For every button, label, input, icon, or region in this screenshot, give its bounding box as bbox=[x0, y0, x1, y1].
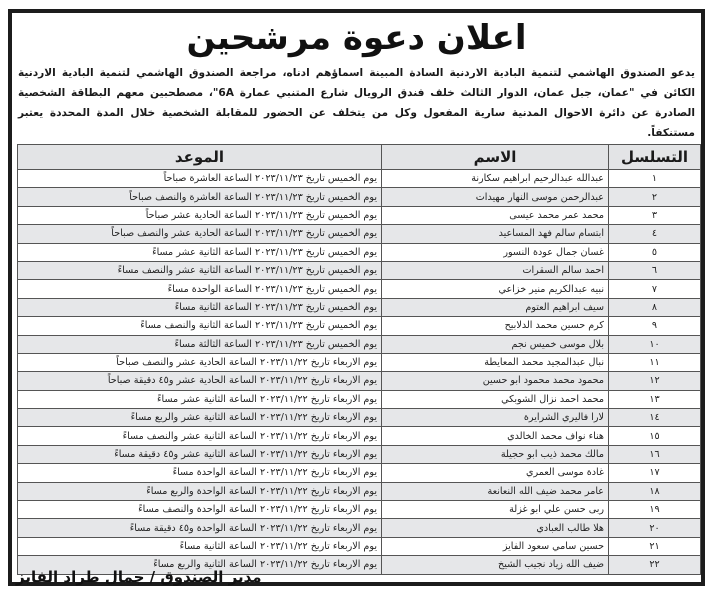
name-cell: احمد سالم السقرات bbox=[382, 261, 609, 279]
appointment-cell: يوم الاربعاء تاريخ ٢٠٢٣/١١/٢٢ الساعة الو… bbox=[18, 482, 382, 500]
name-cell: حسين سامي سعود الفايز bbox=[382, 537, 609, 555]
table-header-row: التسلسل الاسم الموعد bbox=[18, 145, 701, 170]
name-cell: عبدالرحمن موسى النهار مهيدات bbox=[382, 188, 609, 206]
table-row: ١عبدالله عبدالرحيم ابراهيم سكارنةيوم الخ… bbox=[18, 170, 701, 188]
table-row: ٤ابتسام سالم فهد المساعيديوم الخميس تاري… bbox=[18, 225, 701, 243]
table-row: ٥غسان جمال عودة النسوريوم الخميس تاريخ ٢… bbox=[18, 243, 701, 261]
serial-cell: ٦ bbox=[609, 261, 701, 279]
name-cell: ربى حسن علي ابو غزلة bbox=[382, 501, 609, 519]
name-cell: محمود محمد محمود ابو حسين bbox=[382, 372, 609, 390]
table-row: ٧نبيه عبدالكريم منير خزاعييوم الخميس تار… bbox=[18, 280, 701, 298]
name-cell: لارا فاليري الشرايرة bbox=[382, 409, 609, 427]
serial-cell: ١٧ bbox=[609, 464, 701, 482]
header-appointment: الموعد bbox=[18, 145, 382, 170]
name-cell: هلا طالب العبادي bbox=[382, 519, 609, 537]
appointment-cell: يوم الاربعاء تاريخ ٢٠٢٣/١١/٢٢ الساعة الح… bbox=[18, 353, 382, 371]
serial-cell: ٢٠ bbox=[609, 519, 701, 537]
serial-cell: ٩ bbox=[609, 317, 701, 335]
name-cell: محمد احمد نزال الشوبكي bbox=[382, 390, 609, 408]
table-row: ٨سيف ابراهيم العتوميوم الخميس تاريخ ٢٠٢٣… bbox=[18, 298, 701, 316]
intro-line: يدعو الصندوق الهاشمي لتنمية البادية الار… bbox=[18, 63, 695, 83]
name-cell: هناء نواف محمد الخالدي bbox=[382, 427, 609, 445]
appointment-cell: يوم الاربعاء تاريخ ٢٠٢٣/١١/٢٢ الساعة الث… bbox=[18, 537, 382, 555]
serial-cell: ٢١ bbox=[609, 537, 701, 555]
appointment-cell: يوم الخميس تاريخ ٢٠٢٣/١١/٢٣ الساعة الواح… bbox=[18, 280, 382, 298]
serial-cell: ١١ bbox=[609, 353, 701, 371]
name-cell: بلال موسى خميس نجم bbox=[382, 335, 609, 353]
signature: مدير الصندوق / جمال طراد الفايز bbox=[16, 567, 262, 587]
name-cell: نبيه عبدالكريم منير خزاعي bbox=[382, 280, 609, 298]
table-row: ١٦مالك محمد ذيب ابو حجيلةيوم الاربعاء تا… bbox=[18, 445, 701, 463]
serial-cell: ١٢ bbox=[609, 372, 701, 390]
appointment-cell: يوم الاربعاء تاريخ ٢٠٢٣/١١/٢٢ الساعة الو… bbox=[18, 519, 382, 537]
name-cell: ضيف الله زياد نجيب الشيخ bbox=[382, 556, 609, 574]
name-cell: عامر محمد ضيف الله النعانعة bbox=[382, 482, 609, 500]
name-cell: كرم حسين محمد الدلابيح bbox=[382, 317, 609, 335]
name-cell: مالك محمد ذيب ابو حجيلة bbox=[382, 445, 609, 463]
name-cell: نبال عبدالمجيد محمد المعايطة bbox=[382, 353, 609, 371]
table-row: ٢عبدالرحمن موسى النهار مهيداتيوم الخميس … bbox=[18, 188, 701, 206]
serial-cell: ٥ bbox=[609, 243, 701, 261]
serial-cell: ٣ bbox=[609, 206, 701, 224]
appointment-cell: يوم الخميس تاريخ ٢٠٢٣/١١/٢٣ الساعة الثال… bbox=[18, 335, 382, 353]
table-row: ١٨عامر محمد ضيف الله النعانعةيوم الاربعا… bbox=[18, 482, 701, 500]
candidates-table: التسلسل الاسم الموعد ١عبدالله عبدالرحيم … bbox=[17, 144, 701, 575]
intro-line: الكائن في "عمان، جبل عمان، الدوار الثالث… bbox=[18, 83, 695, 103]
name-cell: سيف ابراهيم العتوم bbox=[382, 298, 609, 316]
table-row: ٢٠هلا طالب العبادييوم الاربعاء تاريخ ٢٠٢… bbox=[18, 519, 701, 537]
table-row: ١٣محمد احمد نزال الشوبكييوم الاربعاء تار… bbox=[18, 390, 701, 408]
serial-cell: ٢ bbox=[609, 188, 701, 206]
appointment-cell: يوم الاربعاء تاريخ ٢٠٢٣/١١/٢٢ الساعة الح… bbox=[18, 372, 382, 390]
appointment-cell: يوم الخميس تاريخ ٢٠٢٣/١١/٢٣ الساعة العاش… bbox=[18, 188, 382, 206]
name-cell: غسان جمال عودة النسور bbox=[382, 243, 609, 261]
table-row: ٩كرم حسين محمد الدلابيحيوم الخميس تاريخ … bbox=[18, 317, 701, 335]
table-row: ٣محمد عمر محمد عيسىيوم الخميس تاريخ ٢٠٢٣… bbox=[18, 206, 701, 224]
serial-cell: ١٠ bbox=[609, 335, 701, 353]
appointment-cell: يوم الخميس تاريخ ٢٠٢٣/١١/٢٣ الساعة الثان… bbox=[18, 243, 382, 261]
appointment-cell: يوم الخميس تاريخ ٢٠٢٣/١١/٢٣ الساعة العاش… bbox=[18, 170, 382, 188]
appointment-cell: يوم الخميس تاريخ ٢٠٢٣/١١/٢٣ الساعة الثان… bbox=[18, 317, 382, 335]
serial-cell: ٤ bbox=[609, 225, 701, 243]
appointment-cell: يوم الاربعاء تاريخ ٢٠٢٣/١١/٢٢ الساعة الث… bbox=[18, 409, 382, 427]
appointment-cell: يوم الاربعاء تاريخ ٢٠٢٣/١١/٢٢ الساعة الو… bbox=[18, 464, 382, 482]
table-row: ١٧غادة موسى العمرييوم الاربعاء تاريخ ٢٠٢… bbox=[18, 464, 701, 482]
announcement-title: اعلان دعوة مرشحين bbox=[12, 15, 701, 61]
header-serial: التسلسل bbox=[609, 145, 701, 170]
name-cell: غادة موسى العمري bbox=[382, 464, 609, 482]
header-name: الاسم bbox=[382, 145, 609, 170]
intro-line: الصادرة عن دائرة الاحوال المدنية سارية ا… bbox=[18, 103, 695, 143]
appointment-cell: يوم الخميس تاريخ ٢٠٢٣/١١/٢٣ الساعة الحاد… bbox=[18, 225, 382, 243]
serial-cell: ٨ bbox=[609, 298, 701, 316]
serial-cell: ١ bbox=[609, 170, 701, 188]
appointment-cell: يوم الاربعاء تاريخ ٢٠٢٣/١١/٢٢ الساعة الو… bbox=[18, 501, 382, 519]
name-cell: عبدالله عبدالرحيم ابراهيم سكارنة bbox=[382, 170, 609, 188]
serial-cell: ١٤ bbox=[609, 409, 701, 427]
table-row: ١٩ربى حسن علي ابو غزلةيوم الاربعاء تاريخ… bbox=[18, 501, 701, 519]
table-row: ١٥هناء نواف محمد الخالدييوم الاربعاء تار… bbox=[18, 427, 701, 445]
table-row: ٢١حسين سامي سعود الفايزيوم الاربعاء تاري… bbox=[18, 537, 701, 555]
name-cell: ابتسام سالم فهد المساعيد bbox=[382, 225, 609, 243]
serial-cell: ١٣ bbox=[609, 390, 701, 408]
table-row: ١١نبال عبدالمجيد محمد المعايطةيوم الاربع… bbox=[18, 353, 701, 371]
serial-cell: ٢٢ bbox=[609, 556, 701, 574]
appointment-cell: يوم الاربعاء تاريخ ٢٠٢٣/١١/٢٢ الساعة الث… bbox=[18, 445, 382, 463]
appointment-cell: يوم الخميس تاريخ ٢٠٢٣/١١/٢٣ الساعة الثان… bbox=[18, 298, 382, 316]
appointment-cell: يوم الاربعاء تاريخ ٢٠٢٣/١١/٢٢ الساعة الث… bbox=[18, 427, 382, 445]
table-row: ٦احمد سالم السقراتيوم الخميس تاريخ ٢٠٢٣/… bbox=[18, 261, 701, 279]
appointment-cell: يوم الاربعاء تاريخ ٢٠٢٣/١١/٢٢ الساعة الث… bbox=[18, 390, 382, 408]
table-row: ١٤لارا فاليري الشرايرةيوم الاربعاء تاريخ… bbox=[18, 409, 701, 427]
serial-cell: ١٥ bbox=[609, 427, 701, 445]
table-row: ١٢محمود محمد محمود ابو حسينيوم الاربعاء … bbox=[18, 372, 701, 390]
serial-cell: ١٩ bbox=[609, 501, 701, 519]
appointment-cell: يوم الخميس تاريخ ٢٠٢٣/١١/٢٣ الساعة الثان… bbox=[18, 261, 382, 279]
table-row: ١٠بلال موسى خميس نجميوم الخميس تاريخ ٢٠٢… bbox=[18, 335, 701, 353]
serial-cell: ١٦ bbox=[609, 445, 701, 463]
serial-cell: ١٨ bbox=[609, 482, 701, 500]
name-cell: محمد عمر محمد عيسى bbox=[382, 206, 609, 224]
serial-cell: ٧ bbox=[609, 280, 701, 298]
announcement-frame: اعلان دعوة مرشحين يدعو الصندوق الهاشمي ل… bbox=[8, 9, 705, 586]
appointment-cell: يوم الخميس تاريخ ٢٠٢٣/١١/٢٣ الساعة الحاد… bbox=[18, 206, 382, 224]
